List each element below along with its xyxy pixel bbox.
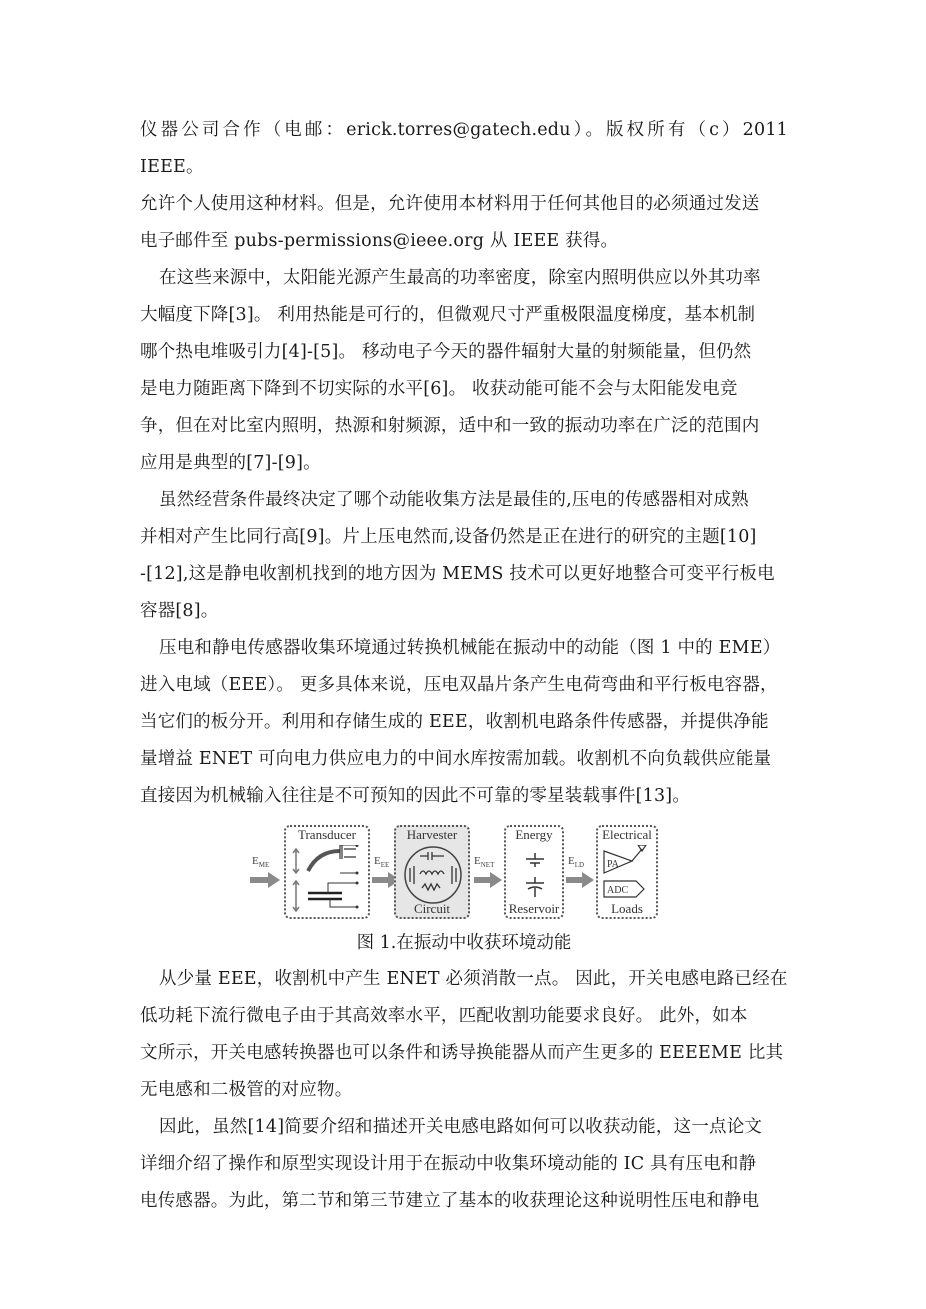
text-line: 并相对产生比同行高[9]。片上压电然而,设备仍然是正在进行的研究的主题[10] [140, 519, 788, 556]
arrow-icon [566, 871, 596, 889]
harvester-circuit-icon [400, 844, 466, 904]
text-line: 当它们的板分开。利用和存储生成的 EEE，收割机电路条件传感器，并提供净能 [140, 704, 788, 741]
svg-text:PA: PA [607, 859, 620, 870]
arrow-icon [250, 871, 282, 889]
harvester-title: Harvester [396, 827, 468, 843]
energy-label-me: EME [252, 855, 269, 869]
svg-text:ADC: ADC [607, 885, 628, 896]
harvester-footer: Circuit [396, 901, 468, 917]
electrical-loads-footer: Loads [598, 901, 656, 917]
transducer-icon [290, 845, 366, 917]
loads-icon: PA ADC [602, 845, 656, 901]
text-line: 无电感和二极管的对应物。 [140, 1072, 788, 1109]
transducer-block: Transducer [284, 825, 370, 919]
text-line: 文所示，开关电感转换器也可以条件和诱导换能器从而产生更多的 EEEEME 比其 [140, 1035, 788, 1072]
energy-reservoir-title: Energy [506, 827, 562, 843]
text-line: 电子邮件至 pubs-permissions@ieee.org 从 IEEE 获… [140, 223, 788, 260]
text-line: 争，但在对比室内照明，热源和射频源，适中和一致的振动功率在广泛的范围内 [140, 408, 788, 445]
text-line: 直接因为机械输入往往是不可预知的因此不可靠的零星装载事件[13]。 [140, 778, 788, 815]
paragraph-energy-sources: 在这些来源中，太阳能光源产生最高的功率密度，除室内照明供应以外其功率 大幅度下降… [140, 260, 788, 482]
harvester-block: Harvester Circuit [394, 825, 470, 919]
figure-energy-flow-diagram: EME Transducer EEE Harvester [248, 823, 668, 923]
text-line: 是电力随距离下降到不切实际的水平[6]。 收获动能可能不会与太阳能发电竞 [140, 371, 788, 408]
text-line: 在这些来源中，太阳能光源产生最高的功率密度，除室内照明供应以外其功率 [140, 260, 788, 297]
paragraph-copyright: 仪器公司合作（电邮：erick.torres@gatech.edu）。版权所有（… [140, 112, 788, 260]
capacitor-icon [522, 851, 548, 901]
text-line: 量增益 ENET 可向电力供应电力的中间水库按需加载。收割机不向负载供应能量 [140, 741, 788, 778]
energy-label-ee: EEE [374, 855, 389, 869]
electrical-loads-title: Electrical [598, 827, 656, 843]
text-line: 仪器公司合作（电邮：erick.torres@gatech.edu）。版权所有（… [140, 112, 788, 186]
text-line: 容器[8]。 [140, 593, 788, 630]
paragraph-conversion: 压电和静电传感器收集环境通过转换机械能在振动中的动能（图 1 中的 EME） 进… [140, 630, 788, 815]
text-line: 允许个人使用这种材料。但是，允许使用本材料用于任何其他目的必须通过发送 [140, 186, 788, 223]
electrical-loads-block: Electrical PA ADC Loads [596, 825, 658, 919]
text-line: 电传感器。为此，第二节和第三节建立了基本的收获理论这种说明性压电和静电 [140, 1183, 788, 1220]
text-line: 详细介绍了操作和原型实现设计用于在振动中收集环境动能的 IC 具有压电和静 [140, 1146, 788, 1183]
paragraph-switched-inductor: 从少量 EEE，收割机中产生 ENET 必须消散一点。 因此，开关电感电路已经在… [140, 961, 788, 1109]
document-page: 仪器公司合作（电邮：erick.torres@gatech.edu）。版权所有（… [140, 112, 788, 1220]
text-line: 应用是典型的[7]-[9]。 [140, 445, 788, 482]
text-line: 低功耗下流行微电子由于其高效率水平，匹配收割功能要求良好。 此外，如本 [140, 998, 788, 1035]
energy-reservoir-footer: Reservoir [506, 901, 562, 917]
text-line: 进入电域（EEE）。 更多具体来说，压电双晶片条产生电荷弯曲和平行板电容器， [140, 667, 788, 704]
transducer-title: Transducer [286, 827, 368, 843]
text-line: 大幅度下降[3]。 利用热能是可行的，但微观尺寸严重极限温度梯度，基本机制 [140, 297, 788, 334]
paragraph-paper-scope: 因此，虽然[14]简要介绍和描述开关电感电路如何可以收获动能，这一点论文 详细介… [140, 1109, 788, 1220]
text-line: 压电和静电传感器收集环境通过转换机械能在振动中的动能（图 1 中的 EME） [140, 630, 788, 667]
energy-reservoir-block: Energy Reservoir [504, 825, 564, 919]
text-line: 从少量 EEE，收割机中产生 ENET 必须消散一点。 因此，开关电感电路已经在 [140, 961, 788, 998]
figure-caption: 图 1.在振动中收获环境动能 [140, 925, 788, 961]
text-line: -[12],这是静电收割机找到的地方因为 MEMS 技术可以更好地整合可变平行板… [140, 556, 788, 593]
paragraph-transducers: 虽然经营条件最终决定了哪个动能收集方法是最佳的,压电的传感器相对成熟 并相对产生… [140, 482, 788, 630]
text-line: 虽然经营条件最终决定了哪个动能收集方法是最佳的,压电的传感器相对成熟 [140, 482, 788, 519]
energy-label-net: ENET [474, 855, 494, 869]
text-line: 因此，虽然[14]简要介绍和描述开关电感电路如何可以收获动能，这一点论文 [140, 1109, 788, 1146]
text-line: 哪个热电堆吸引力[4]-[5]。 移动电子今天的器件辐射大量的射频能量，但仍然 [140, 334, 788, 371]
energy-label-ld: ELD [568, 855, 584, 869]
arrow-icon [474, 871, 504, 889]
